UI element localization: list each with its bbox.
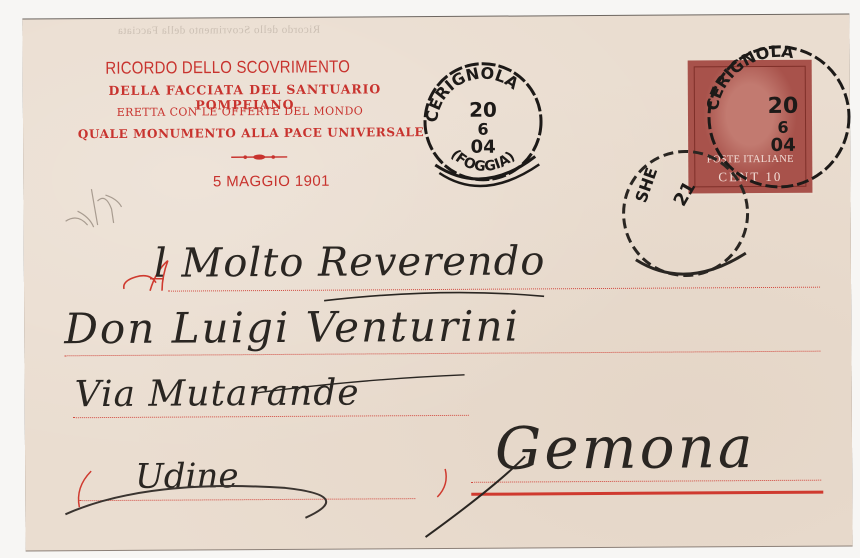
- svg-text:SHE: SHE: [631, 165, 661, 205]
- postmark-1-day: 20: [469, 98, 497, 122]
- postmark-arrival: SHE 21: [605, 141, 776, 292]
- postmark-1-year: 04: [471, 137, 496, 158]
- postmark-2-day: 20: [768, 94, 799, 119]
- postcard: Ricordo dello Scovrimento della Facciata…: [22, 14, 852, 550]
- postmark-cerignola-1: CERIGNOLA (FOGGIA) 20 6 04: [413, 46, 554, 197]
- svg-text:21: 21: [670, 178, 701, 210]
